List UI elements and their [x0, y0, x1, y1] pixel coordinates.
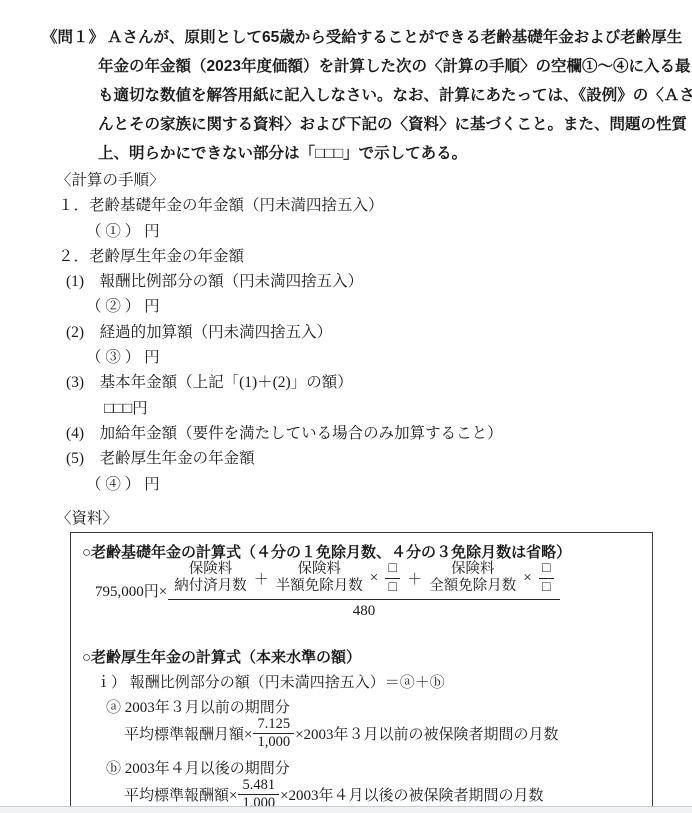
term-top-label: 保険料 [451, 561, 495, 578]
question-line: 上、明らかにできない部分は「□□□」で示してある。 [98, 139, 666, 168]
term-bottom-label: 納付済月数 [174, 578, 247, 595]
procedure-masked-amount: □□□円 [0, 396, 692, 421]
question-line: 年金の年金額（2023年度価額）を計算した次の〈計算の手順〉の空欄①～④に入る最 [98, 52, 666, 81]
question-paragraph: 《問１》 Ａさんが、原則として65歳から受給することができる老齢基礎年金および老… [42, 23, 666, 168]
procedure-line: (5) 老齢厚生年金の年金額 [0, 446, 692, 471]
formula-prefix: 795,000円× [95, 580, 167, 601]
half-exemption-term: 保険料 半額免除月数 [276, 561, 363, 595]
term-bottom-label: 半額免除月数 [276, 578, 363, 595]
kosei-formula-heading: ○老齢厚生年金の計算式（本来水準の額） [82, 646, 361, 667]
full-exemption-term: 保険料 全額免除月数 [429, 561, 516, 595]
fraction-numerator: 保険料 納付済月数 ＋ 保険料 半額免除月数 × □ □ ＋ 保険料 全額免除月… [168, 561, 559, 599]
formula-period-a: 平均標準報酬月額× 7.125 1,000 ×2003年３月以前の被保険者期間の… [124, 716, 559, 752]
proportional-part-line: ｉ） 報酬比例部分の額（円未満四捨五入）＝ⓐ＋ⓑ [96, 671, 445, 692]
calculation-procedure-section: 〈計算の手順〉 １．老齢基礎年金の年金額（円未満四捨五入） （ ① ） 円 ２．… [0, 168, 692, 497]
question-line: も適切な数値を解答用紙に記入しなさい。なお、計算にあたっては、《設例》の〈Ａさ [98, 81, 666, 110]
page-bottom-edge [0, 806, 692, 813]
fraction-numerator: 7.125 [253, 716, 294, 733]
procedure-line: (4) 加給年金額（要件を満たしている場合のみ加算すること） [0, 421, 692, 446]
procedure-line: (2) 経過的加算額（円未満四捨五入） [0, 320, 692, 345]
term-top-label: 保険料 [189, 561, 233, 578]
masked-numerator-square: □ [388, 562, 396, 576]
paid-months-term: 保険料 納付済月数 [174, 561, 247, 595]
procedure-blank-1: （ ① ） 円 [0, 219, 692, 244]
formula-suffix: ×2003年４月以後の被保険者期間の月数 [280, 784, 543, 805]
period-a-line: ⓐ 2003年３月以前の期間分 [106, 696, 290, 717]
procedure-line: ２．老齢厚生年金の年金額 [0, 244, 692, 269]
masked-denominator-square: □ [542, 581, 550, 595]
formula-prefix: 平均標準報酬月額× [124, 723, 252, 744]
fraction-denominator: 1,000 [253, 733, 294, 751]
square-ratio-fraction: □ □ [539, 562, 554, 595]
square-ratio-fraction: □ □ [385, 562, 400, 595]
question-text: Ａさんが、原則として65歳から受給することができる老齢基礎年金および老齢厚生 年… [98, 23, 666, 168]
masked-denominator-square: □ [388, 581, 396, 595]
question-number-label: 《問１》 [42, 23, 104, 52]
period-b-line: ⓑ 2003年４月以後の期間分 [106, 757, 290, 778]
shiryo-box: ○老齢基礎年金の計算式（４分の１免除月数、４分の３免除月数は省略） 795,00… [70, 532, 653, 813]
times-operator: × [370, 570, 378, 587]
months-denominator: 480 [168, 599, 559, 620]
plus-operator: ＋ [407, 568, 422, 589]
procedure-line: １．老齢基礎年金の年金額（円未満四捨五入） [0, 193, 692, 218]
rate-fraction-a: 7.125 1,000 [253, 716, 294, 752]
formula-prefix: 平均標準報酬額× [124, 784, 237, 805]
procedure-line: (1) 報酬比例部分の額（円未満四捨五入） [0, 269, 692, 294]
masked-numerator-square: □ [542, 562, 550, 576]
procedure-blank-3: （ ③ ） 円 [0, 345, 692, 370]
formula-suffix: ×2003年３月以前の被保険者期間の月数 [295, 723, 558, 744]
fraction-bar [385, 578, 400, 579]
question-line: んとその家族に関する資料〉および下記の〈資料〉に基づくこと。また、問題の性質 [98, 110, 666, 139]
fraction-bar [539, 578, 554, 579]
term-bottom-label: 全額免除月数 [429, 578, 516, 595]
procedure-blank-4: （ ④ ） 円 [0, 472, 692, 497]
plus-operator: ＋ [254, 568, 269, 589]
kiso-formula-heading: ○老齢基礎年金の計算式（４分の１免除月数、４分の３免除月数は省略） [82, 541, 571, 562]
kiso-big-fraction: 保険料 納付済月数 ＋ 保険料 半額免除月数 × □ □ ＋ 保険料 全額免除月… [168, 561, 559, 620]
shiryo-label: 〈資料〉 [56, 506, 118, 528]
question-line: Ａさんが、原則として65歳から受給することができる老齢基礎年金および老齢厚生 [98, 23, 666, 52]
procedure-title: 〈計算の手順〉 [0, 168, 692, 193]
procedure-blank-2: （ ② ） 円 [0, 294, 692, 319]
kiso-formula: 795,000円× 保険料 納付済月数 ＋ 保険料 半額免除月数 × □ □ [95, 561, 560, 620]
procedure-line: (3) 基本年金額（上記「(1)＋(2)」の額） [0, 370, 692, 395]
term-top-label: 保険料 [297, 561, 341, 578]
times-operator: × [523, 570, 531, 587]
fraction-numerator: 5.481 [238, 777, 279, 794]
